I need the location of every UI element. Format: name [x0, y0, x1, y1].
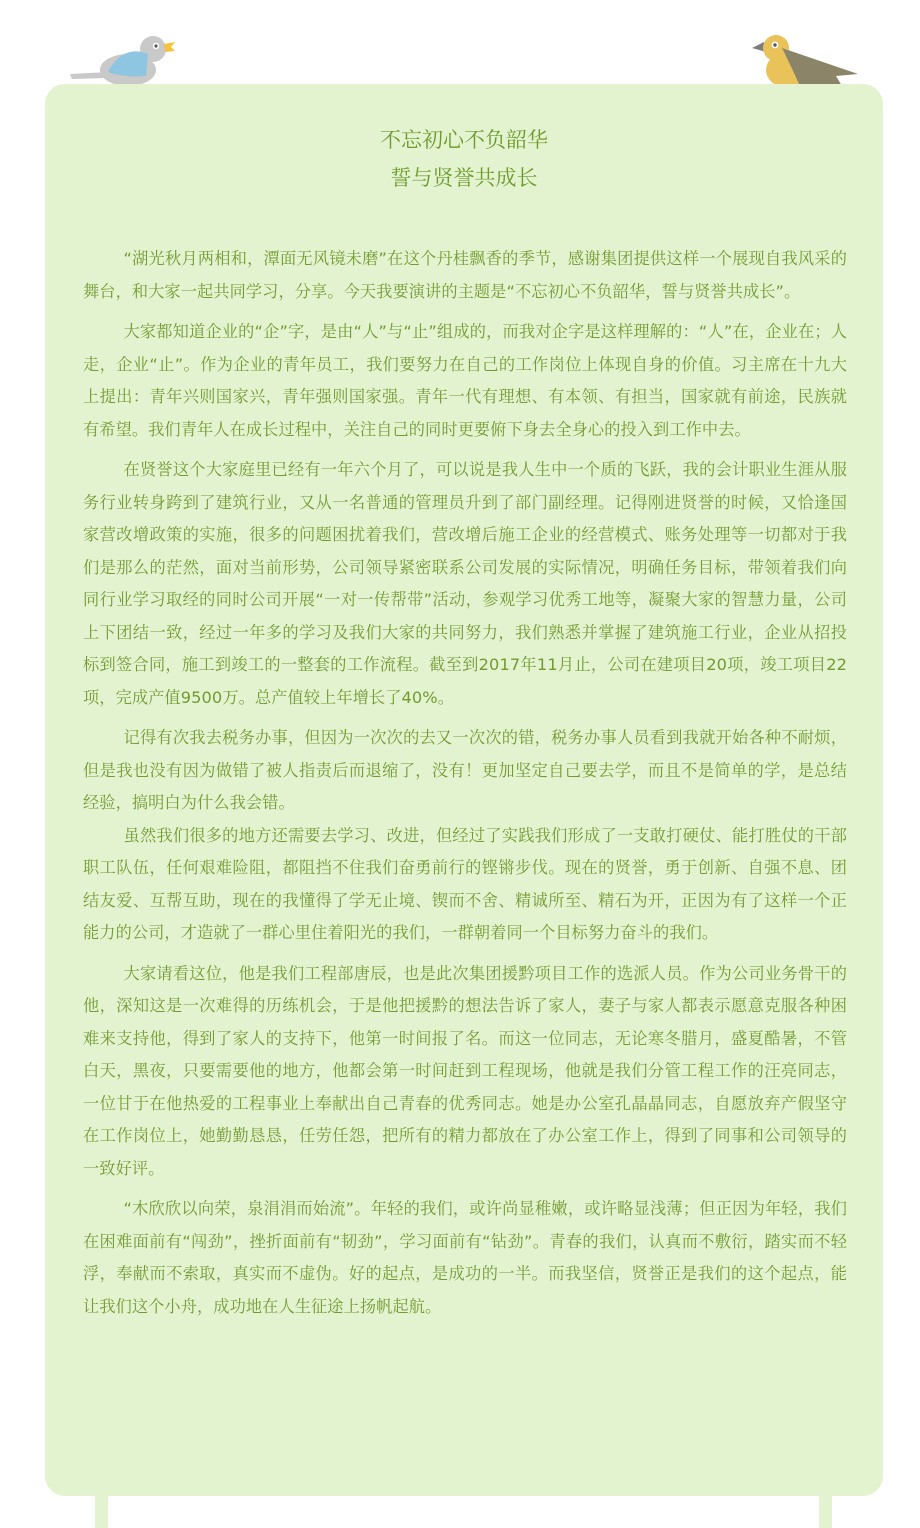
paragraph-2: 大家都知道企业的“企”字，是由“人”与“止”组成的，而我对企字是这样理解的：“人…: [83, 316, 847, 446]
speech-body: “湖光秋月两相和，潭面无风镜未磨”在这个丹桂飘香的季节，感谢集团提供这样一个展现…: [83, 243, 847, 1331]
paragraph-6: 大家请看这位，他是我们工程部唐辰，也是此次集团援黔项目工作的选派人员。作为公司业…: [83, 958, 847, 1186]
page-title: 不忘初心不负韶华 誓与贤誉共成长: [45, 121, 883, 197]
paragraph-3: 在贤誉这个大家庭里已经有一年六个月了，可以说是我人生中一个质的飞跃，我的会计职业…: [83, 454, 847, 714]
paragraph-7: “木欣欣以向荣，泉涓涓而始流”。年轻的我们，或许尚显稚嫩，或许略显浅薄；但正因为…: [83, 1193, 847, 1323]
card-leg-left: [95, 1490, 108, 1528]
title-line-1: 不忘初心不负韶华: [45, 121, 883, 159]
paragraph-4: 记得有次我去税务办事，但因为一次次的去又一次次的错，税务办事人员看到我就开始各种…: [83, 722, 847, 820]
card-leg-right: [819, 1490, 832, 1528]
blue-gray-bird-icon: [68, 32, 180, 92]
paragraph-1: “湖光秋月两相和，潭面无风镜未磨”在这个丹桂飘香的季节，感谢集团提供这样一个展现…: [83, 243, 847, 308]
title-line-2: 誓与贤誉共成长: [45, 159, 883, 197]
paragraph-5: 虽然我们很多的地方还需要去学习、改进，但经过了实践我们形成了一支敢打硬仗、能打胜…: [83, 820, 847, 950]
